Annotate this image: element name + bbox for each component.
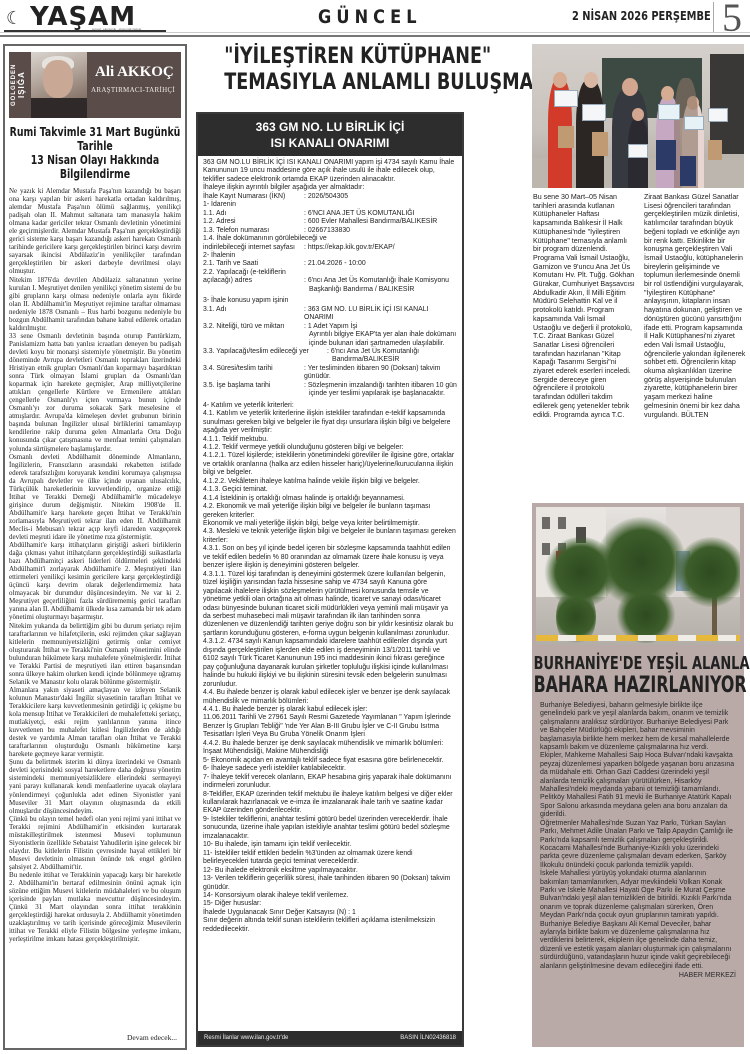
park-article-body: Burhaniye Belediyesi, baharın gelmesiyle… xyxy=(540,702,736,971)
field-value: : 2026/504305 xyxy=(304,193,457,201)
field-value: Başkanlığı Bandırma / BALIKESİR xyxy=(203,286,457,294)
headline-line: "İYİLEŞTİREN KÜTÜPHANE" xyxy=(224,44,450,70)
press-ad-code: BASIN İLN02436818 xyxy=(400,1031,456,1045)
field-value: : 1 Adet Yapım İşi xyxy=(304,323,457,331)
paragraph: Osmanlı devleti Abdülhamit döneminde Alm… xyxy=(9,453,181,542)
field-value: : 600 Evler Mahallesi Bandırma/BALIKESİR xyxy=(304,218,457,226)
field-row: 1.2. Adresi: 600 Evler Mahallesi Bandırm… xyxy=(203,218,457,226)
criteria-item: 4.4. Bu ihalede benzer iş olarak kabul e… xyxy=(203,689,457,706)
field-row: İhale Kayıt Numarası (İKN): 2026/504305 xyxy=(203,193,457,201)
field-label: 2.1. Tarih ve Saati xyxy=(203,260,304,268)
masthead: ☾ YAŞAM sosyal · ekonomik · ekonomik gaz… xyxy=(0,0,750,36)
author-banner: GÖLGEDEN IŞIĞA Ali AKKOÇ ARAŞTIRMACI-TAR… xyxy=(9,52,181,118)
criteria-item: 4.1.2. Teklif vermeye yetkili olunduğunu… xyxy=(203,444,457,452)
criteria-item: 7- İhaleye teklif verecek olanların, EKA… xyxy=(203,774,457,791)
divider xyxy=(0,35,750,37)
field-value: : 363 GM NO. LU BİRLİK İÇİ ISI KANALI ON… xyxy=(304,306,457,323)
tender-title: 363 GM NO. LU BİRLİK İÇİ ISI KANALI ONAR… xyxy=(198,114,462,156)
criteria-item: 12- Bu ihalede elektronik eksiltme yapıl… xyxy=(203,867,457,875)
author-photo xyxy=(31,52,87,118)
paragraph: İskele Mahallesi yürüyüş yolundaki oturm… xyxy=(540,870,736,920)
field-label: 1.1. Adı xyxy=(203,210,304,218)
main-headline[interactable]: "İYİLEŞTİREN KÜTÜPHANE" TEMASIYLA ANLAML… xyxy=(196,44,478,96)
field-value: : 21.04.2026 - 10:00 xyxy=(304,260,457,268)
field-label: 1.2. Adresi xyxy=(203,218,304,226)
criteria-item: Sınır değerin altında teklif sunan istek… xyxy=(203,917,457,934)
paragraph: Şunu da belirtmek isterim ki dünya üzeri… xyxy=(9,758,181,814)
column-headline[interactable]: Rumi Takvimle 31 Mart Bugünkü Tarihle 13… xyxy=(8,125,181,181)
tender-footer: Resmi İlanlar www.ilan.gov.tr'de BASIN İ… xyxy=(198,1031,462,1045)
criteria-item: İhalede Uygulanacak Sınır Değer Katsayıs… xyxy=(203,909,457,917)
field-row: 2.1. Tarih ve Saati: 21.04.2026 - 10:00 xyxy=(203,260,457,268)
paragraph: 33 sene Osmanlı devletinin başında oturu… xyxy=(9,332,181,453)
paragraph: Bu nedenle ittihat ve Terakkinin yapacağ… xyxy=(9,871,181,943)
criteria-item: 4.1.2.1. Tüzel kişilerde; isteklilerin y… xyxy=(203,452,457,477)
title-line: ISI KANALI ONARIMI xyxy=(198,135,462,151)
criteria-item: 15- Diğer hususlar: xyxy=(203,900,457,908)
tender-announcement: 363 GM NO. LU BİRLİK İÇİ ISI KANALI ONAR… xyxy=(196,112,464,1047)
field-row: 1.1. Adı: 6'NCI ANA JET ÜS KOMUTANLIĞI xyxy=(203,210,457,218)
tender-body: 363 GM NO.LU BİRLİK İÇİ ISI KANALI ONARI… xyxy=(198,156,462,934)
criteria-item: 4.3. Mesleki ve teknik yeterliğe ilişkin… xyxy=(203,528,457,545)
criteria-item: 4.3.1. Son on beş yıl içinde bedel içere… xyxy=(203,545,457,570)
ekap-link[interactable]: : https://ekap.kik.gov.tr/EKAP/ xyxy=(304,244,457,252)
criteria-item: Ekonomik ve mali yeterliğe ilişkin bilgi… xyxy=(203,520,457,528)
criteria-item: 9- İstekliler tekliflerini, anahtar tesl… xyxy=(203,816,457,841)
field-label: 1.4. İhale dokümanının görülebileceği ve xyxy=(203,235,457,243)
paragraph: Abdülhamit'e karşı ittihatçıların girişt… xyxy=(9,541,181,621)
criteria-item: 4.3.1.1. Tüzel kişi tarafından iş deneyi… xyxy=(203,571,457,639)
field-row: 3.5. İşe başlama tarihi: Sözleşmenin imz… xyxy=(203,382,457,390)
field-row: 3.2. Niteliği, türü ve miktarı: 1 Adet Y… xyxy=(203,323,457,331)
headline-line: BAHARA HAZIRLANIYOR xyxy=(534,674,743,698)
field-value: : 02667133830 xyxy=(304,227,457,235)
criteria-item: 6- İhaleye sadece yerli istekliler katıl… xyxy=(203,765,457,773)
paragraph: Burhaniye Belediye Başkanı Ali Kemal Dev… xyxy=(540,921,736,971)
field-row: indirilebileceği internet sayfası: https… xyxy=(203,244,457,252)
library-event-photo xyxy=(532,44,744,188)
criteria-item: 5- Ekonomik açıdan en avantajlı teklif s… xyxy=(203,757,457,765)
field-label: 3.1. Adı xyxy=(203,306,304,323)
paragraph: Almanlara yakın siyaseti amaçlayan ve iz… xyxy=(9,686,181,758)
field-row: 3.4. Süresi/teslim tarihi: Yer teslimind… xyxy=(203,365,457,382)
criteria-item: 14- Konsorsiyum olarak ihaleye teklif ve… xyxy=(203,892,457,900)
field-label: İhale Kayıt Numarası (İKN) xyxy=(203,193,304,201)
divider xyxy=(0,32,750,33)
logo-tagline: sosyal · ekonomik · ekonomik gazete xyxy=(92,27,141,31)
criteria-item: 4.1.3. Geçici teminat. xyxy=(203,486,457,494)
criteria-item: 4.1.1. Teklif mektubu. xyxy=(203,436,457,444)
paragraph: Çünkü bu olayın temel hedefi olan yeni r… xyxy=(9,815,181,871)
field-value: içinde bulunan idari şartnameden ulaşıla… xyxy=(203,340,457,348)
author-name: Ali AKKOÇ xyxy=(95,64,174,81)
field-row: 3.1. Adı: 363 GM NO. LU BİRLİK İÇİ ISI K… xyxy=(203,306,457,323)
field-value: içinde yer teslimi yapılarak işe başlana… xyxy=(203,390,457,398)
column-series-label: GÖLGEDEN IŞIĞA xyxy=(11,56,29,114)
field-row: 3.3. Yapılacağı/teslim edileceği yer: 6'… xyxy=(203,348,457,356)
field-value: : 6'NCI ANA JET ÜS KOMUTANLIĞI xyxy=(304,210,457,218)
article-signature: HABER MERKEZİ xyxy=(540,972,736,979)
paragraph: Nitekim 1876'da devrilen Abdülaziz salta… xyxy=(9,276,181,332)
paragraph: Öğretmenler Mahallesi'nde Suzan Yaz Park… xyxy=(540,820,736,870)
newspaper-logo[interactable]: ☾ YAŞAM sosyal · ekonomik · ekonomik gaz… xyxy=(4,2,166,32)
title-line: 363 GM NO. LU BİRLİK İÇİ xyxy=(198,119,462,135)
criteria-item: İnşaat Mühendisliği, Makine Mühendisliği xyxy=(203,748,457,756)
series-label-bottom: IŞIĞA xyxy=(17,56,26,114)
opinion-column: GÖLGEDEN IŞIĞA Ali AKKOÇ ARAŞTIRMACI-TAR… xyxy=(3,44,187,1050)
tender-intro: İhaleye ilişkin ayrıntılı bilgiler aşağı… xyxy=(203,184,457,192)
field-label: 3.5. İşe başlama tarihi xyxy=(203,382,304,390)
field-label: açılacağı) adres xyxy=(203,277,304,285)
criteria-item: 10- Bu ihalede, işin tamamı için teklif … xyxy=(203,841,457,849)
criteria-item: 8-Teklifler, EKAP üzerinden teklif mektu… xyxy=(203,791,457,816)
criteria-item: 11.06.2011 Tarihli Ve 27961 Sayılı Resmi… xyxy=(203,714,457,739)
criteria-item: 4.4.2. Bu ihalede benzer işe denk sayıla… xyxy=(203,740,457,748)
paragraph: Ekipler, Mahkeme Mahallesi Saip Hoca Bul… xyxy=(540,752,736,819)
field-label: 3.2. Niteliği, türü ve miktarı xyxy=(203,323,304,331)
official-ads-link[interactable]: Resmi İlanlar www.ilan.gov.tr'de xyxy=(204,1031,288,1045)
criteria-item: 4.2. Ekonomik ve mali yeterliğe ilişkin … xyxy=(203,503,457,520)
park-article-photo-frame: ES xyxy=(532,503,744,651)
field-value: Ayrıntılı bilgiye EKAP'ta yer alan ihale… xyxy=(203,331,457,339)
library-article-col2: Ziraat Bankası Güzel Sanatlar Lisesi öğr… xyxy=(644,193,746,419)
field-label: 1.3. Telefon numarası xyxy=(203,227,304,235)
field-value: : 6'ncı Ana Jet Üs Komutanlığı İhale Kom… xyxy=(304,277,457,285)
continued-note: Devam edecek... xyxy=(127,1033,177,1042)
section-label: 2- İhalenin xyxy=(203,252,457,260)
criteria-item: 4.1.4 İsteklinin iş ortaklığı olması hal… xyxy=(203,495,457,503)
section-label: 1- İdarenin xyxy=(203,201,457,209)
headline-line: TEMASIYLA ANLAMLI BULUŞMA xyxy=(224,70,450,96)
field-row: açılacağı) adres: 6'ncı Ana Jet Üs Komut… xyxy=(203,277,457,285)
criteria-item: 4.3.1.2. 4734 sayılı Kanun kapsamındaki … xyxy=(203,638,457,689)
column-body: Ne yazık ki Alemdar Mustafa Paşa'nın kaz… xyxy=(9,187,181,943)
section-title: GÜNCEL xyxy=(318,6,422,28)
field-value: Bandırma/BALIKESİR xyxy=(203,356,457,364)
field-value: : Yer tesliminden itibaren 90 (Doksan) t… xyxy=(304,365,457,382)
field-label: 3.3. Yapılacağı/teslim edileceği yer xyxy=(203,348,327,356)
author-role: ARAŞTIRMACI-TARİHÇİ xyxy=(91,86,175,94)
criteria-item: 4.1.2.2. Vekâleten ihaleye katılma halin… xyxy=(203,478,457,486)
criteria-item: 4- Katılım ve yeterlik kriterleri: xyxy=(203,402,457,410)
criteria-item: 13- Verilen tekliflerin geçerlilik süres… xyxy=(203,875,457,892)
library-article-col1: Bu sene 30 Mart–05 Nisan tarihleri arası… xyxy=(533,193,635,419)
field-row: 1.3. Telefon numarası: 02667133830 xyxy=(203,227,457,235)
field-label: 3.4. Süresi/teslim tarihi xyxy=(203,365,304,382)
issue-date: 2 NİSAN 2026 PERŞEMBE xyxy=(572,9,711,23)
criteria-item: 11- İstekliler teklif ettikleri bedelin … xyxy=(203,850,457,867)
paragraph: Burhaniye Belediyesi, baharın gelmesiyle… xyxy=(540,702,736,752)
headline-line: BURHANİYE'DE YEŞİL ALANLAR xyxy=(534,653,743,674)
criteria-item: 4.1. Katılım ve yeterlik kriterlerine il… xyxy=(203,410,457,435)
headline-line: 13 Nisan Olayı Hakkında Bilgilendirme xyxy=(8,153,181,181)
paragraph: Ne yazık ki Alemdar Mustafa Paşa'nın kaz… xyxy=(9,187,181,276)
field-value: : Sözleşmenin imzalandığı tarihten itiba… xyxy=(304,382,457,390)
street-palm-photo: ES xyxy=(536,507,740,645)
park-article-headline[interactable]: BURHANİYE'DE YEŞİL ALANLAR BAHARA HAZIRL… xyxy=(534,653,743,698)
tender-intro: 363 GM NO.LU BİRLİK İÇİ ISI KANALI ONARI… xyxy=(203,159,457,184)
park-article: BURHANİYE'DE YEŞİL ALANLAR BAHARA HAZIRL… xyxy=(532,651,744,1047)
field-label: indirilebileceği internet sayfası xyxy=(203,244,304,252)
headline-line: Rumi Takvimle 31 Mart Bugünkü Tarihle xyxy=(8,125,181,153)
crescent-star-icon: ☾ xyxy=(6,8,22,29)
section-label: 3- İhale konusu yapım işinin xyxy=(203,297,457,305)
divider xyxy=(713,2,714,32)
paragraph: Nitekim yukarıda da belirttiğim gibi bu … xyxy=(9,622,181,686)
